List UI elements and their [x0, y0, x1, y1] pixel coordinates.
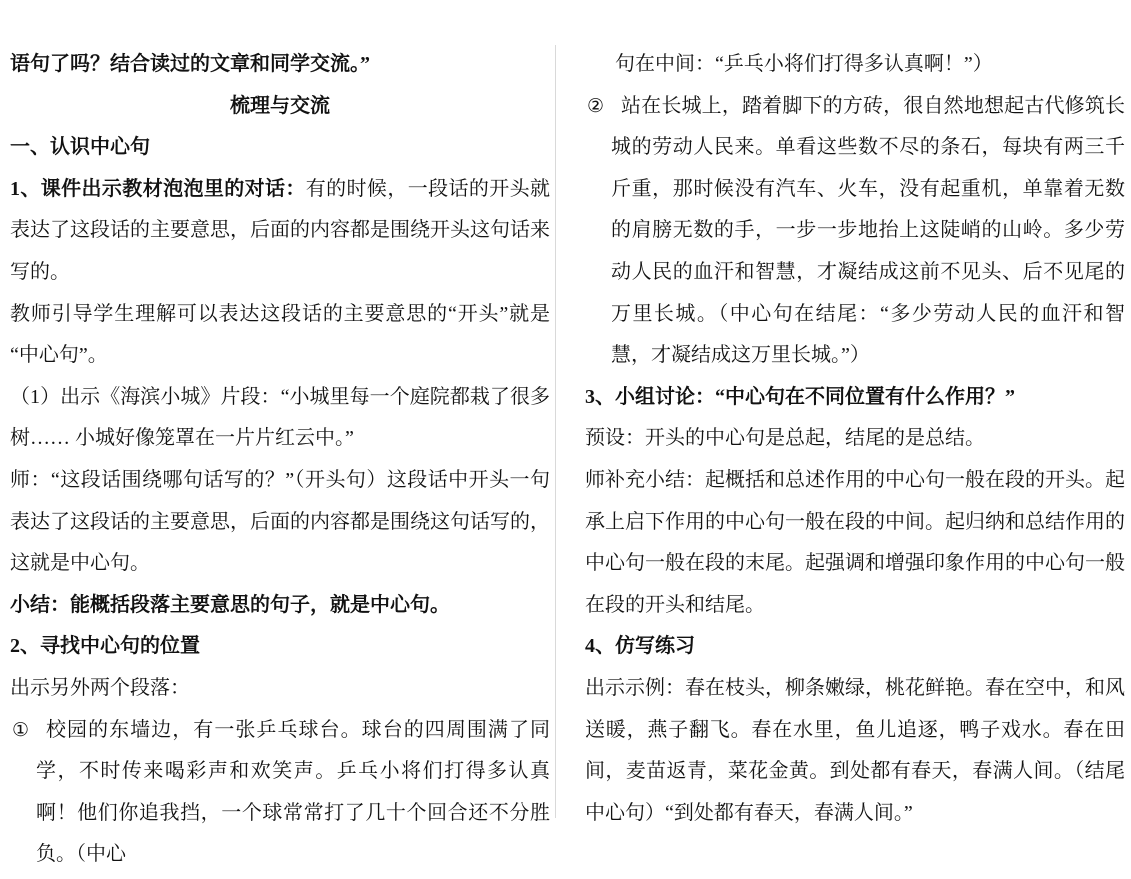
part2-title: 2、寻找中心句的位置 [10, 626, 550, 668]
paragraph-teacher-question: 师：“这段话围绕哪句话写的？”（开头句）这段话中开头一句表达了这段话的主要意思，… [10, 460, 550, 585]
paragraph-courseware-lead: 1、课件出示教材泡泡里的对话： [10, 178, 306, 200]
right-column: 句在中间：“乒乓小将们打得多认真啊！”） ②站在长城上，踏着脚下的方砖，很自然地… [585, 44, 1125, 834]
part1-title: 一、认识中心句 [10, 127, 550, 169]
list-item-1-continuation: 句在中间：“乒乓小将们打得多认真啊！”） [585, 44, 1125, 86]
left-column: 语句了吗？结合读过的文章和同学交流。” 梳理与交流 一、认识中心句 1、课件出示… [10, 44, 550, 876]
list-item-2-text: 站在长城上，踏着脚下的方砖，很自然地想起古代修筑长城的劳动人民来。单看这些数不尽… [611, 95, 1125, 367]
paragraph-courseware-dialog: 1、课件出示教材泡泡里的对话：有的时候，一段话的开头就表达了这段话的主要意思，后… [10, 169, 550, 294]
paragraph-show-two: 出示另外两个段落： [10, 668, 550, 710]
paragraph-example-spring: 出示示例：春在枝头，柳条嫩绿，桃花鲜艳。春在空中，和风送暖，燕子翻飞。春在水里，… [585, 668, 1125, 834]
list-item-2: ②站在长城上，踏着脚下的方砖，很自然地想起古代修筑长城的劳动人民来。单看这些数不… [585, 86, 1125, 377]
column-divider [555, 45, 556, 818]
opening-quote-line: 语句了吗？结合读过的文章和同学交流。” [10, 44, 550, 86]
paragraph-teacher-summary: 师补充小结：起概括和总述作用的中心句一般在段的开头。起承上启下作用的中心句一般在… [585, 460, 1125, 626]
document-page: 语句了吗？结合读过的文章和同学交流。” 梳理与交流 一、认识中心句 1、课件出示… [0, 0, 1131, 879]
paragraph-seaside-excerpt: （1）出示《海滨小城》片段：“小城里每一个庭院都栽了很多树…… 小城好像笼罩在一… [10, 377, 550, 460]
list-item-1: ①校园的东墙边，有一张乒乓球台。球台的四周围满了同学，不时传来喝彩声和欢笑声。乒… [10, 710, 550, 876]
paragraph-preset: 预设：开头的中心句是总起，结尾的是总结。 [585, 418, 1125, 460]
paragraph-summary: 小结：能概括段落主要意思的句子，就是中心句。 [10, 585, 550, 627]
circled-two-marker: ② [587, 86, 604, 128]
circled-one-marker: ① [12, 710, 29, 752]
section-heading: 梳理与交流 [10, 86, 550, 128]
paragraph-teacher-guide: 教师引导学生理解可以表达这段话的主要意思的“开头”就是“中心句”。 [10, 294, 550, 377]
part3-title: 3、小组讨论：“中心句在不同位置有什么作用？” [585, 377, 1125, 419]
list-item-1-text: 校园的东墙边，有一张乒乓球台。球台的四周围满了同学，不时传来喝彩声和欢笑声。乒乓… [36, 719, 550, 866]
part4-title: 4、仿写练习 [585, 626, 1125, 668]
